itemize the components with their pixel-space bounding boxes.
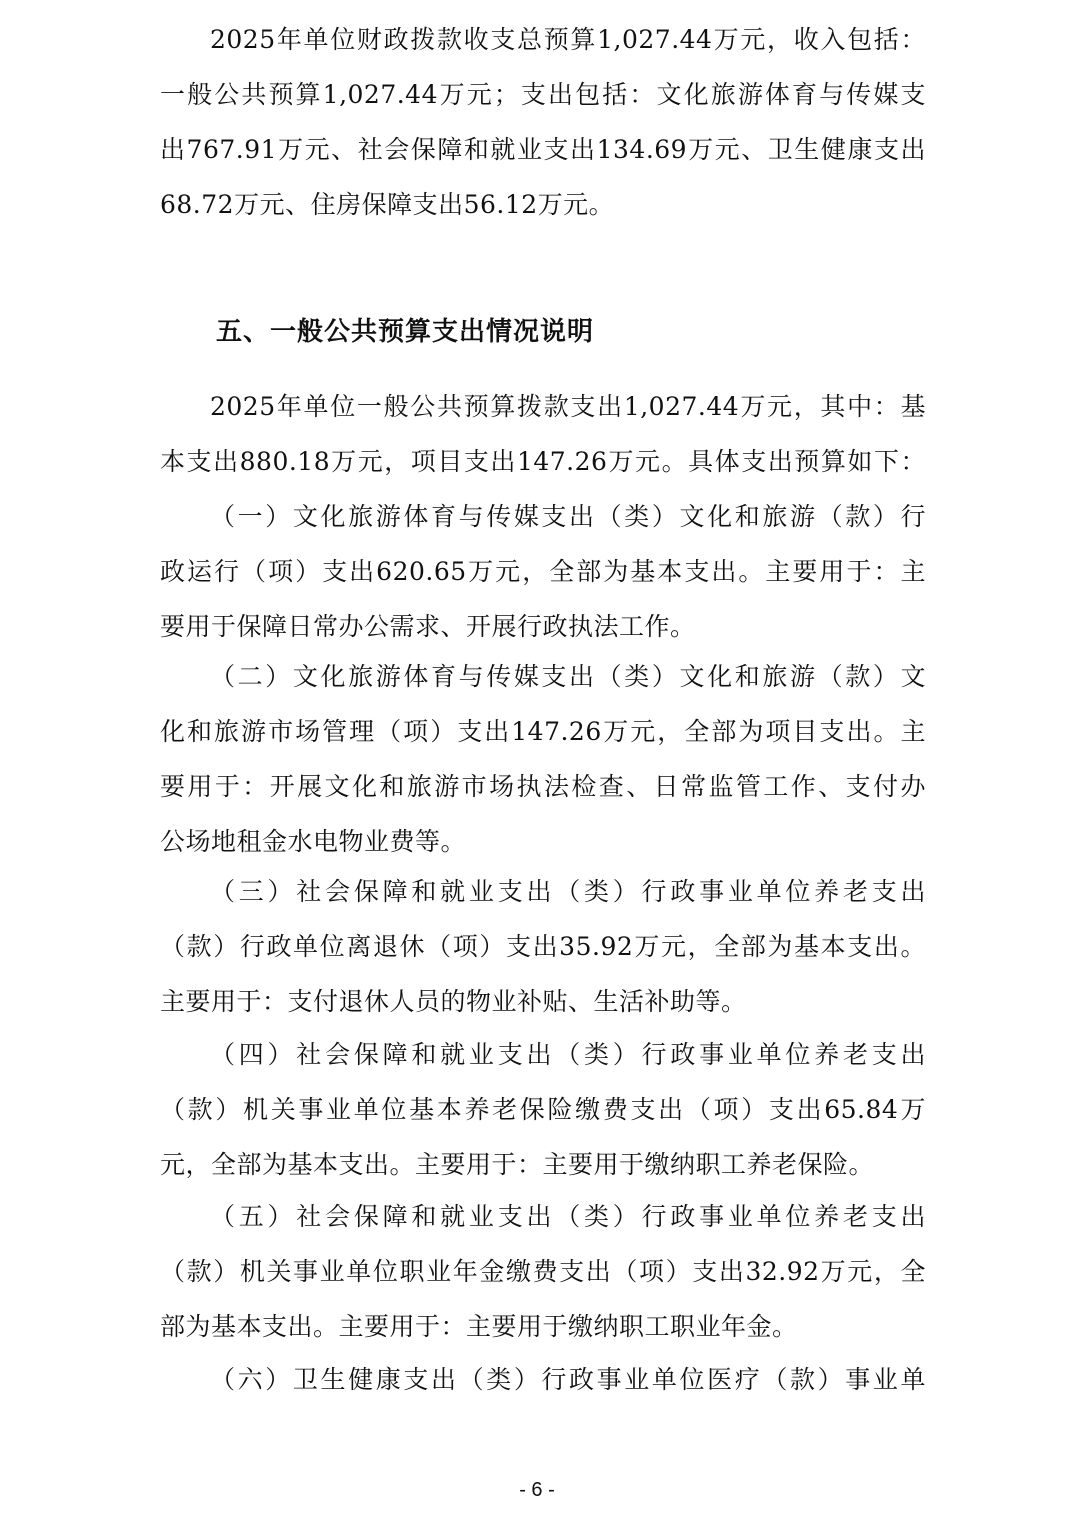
paragraph-line: 2025年单位财政拨款收支总预算1,027.44万元，收入包括： (210, 20, 926, 60)
paragraph-line: （三）社会保障和就业支出（类）行政事业单位养老支出 (210, 872, 926, 912)
paragraph-line: （款）行政单位离退休（项）支出35.92万元，全部为基本支出。 (160, 927, 926, 967)
paragraph-line: （二）文化旅游体育与传媒支出（类）文化和旅游（款）文 (210, 657, 926, 697)
paragraph-line: 主要用于：支付退休人员的物业补贴、生活补助等。 (160, 982, 747, 1022)
paragraph-line: （一）文化旅游体育与传媒支出（类）文化和旅游（款）行 (210, 497, 926, 537)
paragraph-line: 一般公共预算1,027.44万元；支出包括：文化旅游体育与传媒支 (160, 75, 926, 115)
paragraph-line: （四）社会保障和就业支出（类）行政事业单位养老支出 (210, 1035, 926, 1075)
paragraph-line: （款）机关事业单位基本养老保险缴费支出（项）支出65.84万 (160, 1090, 926, 1130)
paragraph-line: 要用于保障日常办公需求、开展行政执法工作。 (160, 607, 696, 647)
section-heading: 五、一般公共预算支出情况说明 (216, 312, 594, 352)
paragraph-line: 2025年单位一般公共预算拨款支出1,027.44万元，其中：基 (210, 387, 926, 427)
paragraph-line: 部为基本支出。主要用于：主要用于缴纳职工职业年金。 (160, 1307, 798, 1347)
paragraph-line: 68.72万元、住房保障支出56.12万元。 (160, 185, 614, 225)
paragraph-line: 元，全部为基本支出。主要用于：主要用于缴纳职工养老保险。 (160, 1145, 874, 1185)
paragraph-line: 公场地租金水电物业费等。 (160, 822, 466, 862)
paragraph-line: 出767.91万元、社会保障和就业支出134.69万元、卫生健康支出 (160, 130, 926, 170)
page-number: - 6 - (0, 1478, 1074, 1502)
paragraph-line: 政运行（项）支出620.65万元，全部为基本支出。主要用于：主 (160, 552, 926, 592)
paragraph-line: 要用于：开展文化和旅游市场执法检查、日常监管工作、支付办 (160, 767, 926, 807)
paragraph-line: 本支出880.18万元，项目支出147.26万元。具体支出预算如下： (160, 442, 926, 482)
paragraph-line: （五）社会保障和就业支出（类）行政事业单位养老支出 (210, 1197, 926, 1237)
document-page: 2025年单位财政拨款收支总预算1,027.44万元，收入包括： 一般公共预算1… (0, 0, 1074, 1520)
paragraph-line: （六）卫生健康支出（类）行政事业单位医疗（款）事业单 (210, 1360, 926, 1400)
paragraph-line: （款）机关事业单位职业年金缴费支出（项）支出32.92万元，全 (160, 1252, 926, 1292)
paragraph-line: 化和旅游市场管理（项）支出147.26万元，全部为项目支出。主 (160, 712, 926, 752)
